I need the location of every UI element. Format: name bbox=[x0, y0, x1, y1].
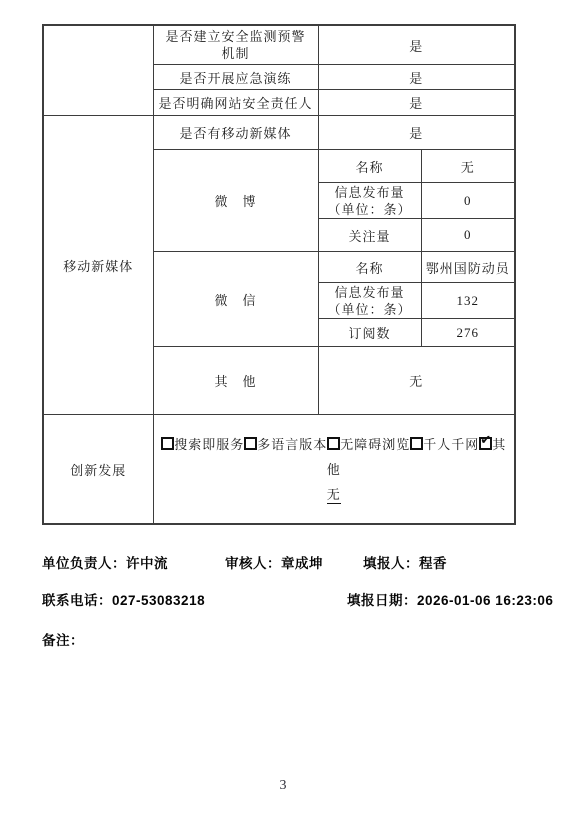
checkbox-label-personalized: 千人千网 bbox=[423, 437, 479, 452]
reviewer-line: 审核人：章成坤 bbox=[225, 552, 323, 572]
reviewer-label: 审核人： bbox=[225, 556, 281, 571]
table-row: 创新发展 搜索即服务多语言版本无障碍浏览千人千网✔其他 无 bbox=[43, 415, 515, 525]
weibo-header-cell: 微 博 bbox=[153, 150, 318, 252]
checkbox-personalized bbox=[410, 437, 423, 450]
security-monitor-label-cell: 是否建立安全监测预警 机制 bbox=[153, 25, 318, 65]
phone-label: 联系电话： bbox=[42, 593, 112, 608]
emergency-drill-label-cell: 是否开展应急演练 bbox=[153, 65, 318, 90]
phone-value: 027-53083218 bbox=[112, 593, 205, 608]
innovation-content-cell: 搜索即服务多语言版本无障碍浏览千人千网✔其他 无 bbox=[153, 415, 515, 525]
date-label: 填报日期： bbox=[347, 593, 417, 608]
checkbox-label-multilingual: 多语言版本 bbox=[257, 437, 327, 452]
checkbox-other: ✔ bbox=[479, 437, 492, 450]
unit-head-label: 单位负责人： bbox=[42, 556, 126, 571]
wechat-posts-label-cell: 信息发布量 （单位：条） bbox=[318, 283, 421, 319]
checkbox-multilingual bbox=[244, 437, 257, 450]
filler-line: 填报人：程香 bbox=[363, 552, 447, 572]
innovation-options-line: 搜索即服务多语言版本无障碍浏览千人千网✔其他 bbox=[156, 432, 513, 482]
wechat-posts-label-line2: （单位：条） bbox=[321, 301, 419, 318]
wechat-subscribers-label-cell: 订阅数 bbox=[318, 319, 421, 347]
checkbox-search-service bbox=[161, 437, 174, 450]
weibo-followers-value-cell: 0 bbox=[421, 219, 515, 252]
weibo-followers-label-cell: 关注量 bbox=[318, 219, 421, 252]
wechat-name-value-cell: 鄂州国防动员 bbox=[421, 252, 515, 283]
weibo-name-value-cell: 无 bbox=[421, 150, 515, 183]
phone-line: 联系电话：027-53083218 bbox=[42, 589, 205, 609]
security-monitor-value-cell: 是 bbox=[318, 25, 515, 65]
wechat-header-cell: 微 信 bbox=[153, 252, 318, 347]
innovation-section-header: 创新发展 bbox=[43, 415, 153, 525]
wechat-subscribers-value-cell: 276 bbox=[421, 319, 515, 347]
table-row: 移动新媒体 是否有移动新媒体 是 bbox=[43, 116, 515, 150]
report-table: 是否建立安全监测预警 机制 是 是否开展应急演练 是 是否明确网站安全责任人 是… bbox=[42, 24, 516, 525]
emergency-drill-value-cell: 是 bbox=[318, 65, 515, 90]
filler-name: 程香 bbox=[419, 556, 447, 571]
checkbox-label-search-service: 搜索即服务 bbox=[174, 437, 244, 452]
wechat-name-label-cell: 名称 bbox=[318, 252, 421, 283]
remarks-label: 备注： bbox=[42, 633, 84, 648]
weibo-posts-label-line1: 信息发布量 bbox=[321, 184, 419, 201]
date-value: 2026-01-06 16:23:06 bbox=[417, 593, 553, 608]
security-officer-value-cell: 是 bbox=[318, 90, 515, 116]
other-media-label-cell: 其 他 bbox=[153, 347, 318, 415]
checkbox-label-accessibility: 无障碍浏览 bbox=[340, 437, 410, 452]
table-row: 是否建立安全监测预警 机制 是 bbox=[43, 25, 515, 65]
security-officer-label-cell: 是否明确网站安全责任人 bbox=[153, 90, 318, 116]
weibo-posts-label-cell: 信息发布量 （单位：条） bbox=[318, 183, 421, 219]
unit-head-line: 单位负责人：许中流 bbox=[42, 552, 168, 572]
checkbox-accessibility bbox=[327, 437, 340, 450]
document-page: 是否建立安全监测预警 机制 是 是否开展应急演练 是 是否明确网站安全责任人 是… bbox=[0, 0, 566, 820]
weibo-name-label-cell: 名称 bbox=[318, 150, 421, 183]
security-monitor-label-line1: 是否建立安全监测预警 bbox=[156, 28, 316, 45]
remarks-line: 备注： bbox=[42, 629, 84, 649]
reviewer-name: 章成坤 bbox=[281, 556, 323, 571]
innovation-other-line: 无 bbox=[156, 482, 513, 507]
blank-section-cell bbox=[43, 25, 153, 116]
mobile-media-section-header: 移动新媒体 bbox=[43, 116, 153, 415]
wechat-posts-label-line1: 信息发布量 bbox=[321, 284, 419, 301]
page-number: 3 bbox=[0, 778, 566, 794]
weibo-posts-label-line2: （单位：条） bbox=[321, 201, 419, 218]
security-monitor-label-line2: 机制 bbox=[156, 45, 316, 62]
date-line: 填报日期：2026-01-06 16:23:06 bbox=[347, 589, 553, 609]
filler-label: 填报人： bbox=[363, 556, 419, 571]
unit-head-name: 许中流 bbox=[126, 556, 168, 571]
other-media-value-cell: 无 bbox=[318, 347, 515, 415]
has-mobile-label-cell: 是否有移动新媒体 bbox=[153, 116, 318, 150]
innovation-other-value: 无 bbox=[327, 487, 341, 504]
weibo-posts-value-cell: 0 bbox=[421, 183, 515, 219]
has-mobile-value-cell: 是 bbox=[318, 116, 515, 150]
wechat-posts-value-cell: 132 bbox=[421, 283, 515, 319]
